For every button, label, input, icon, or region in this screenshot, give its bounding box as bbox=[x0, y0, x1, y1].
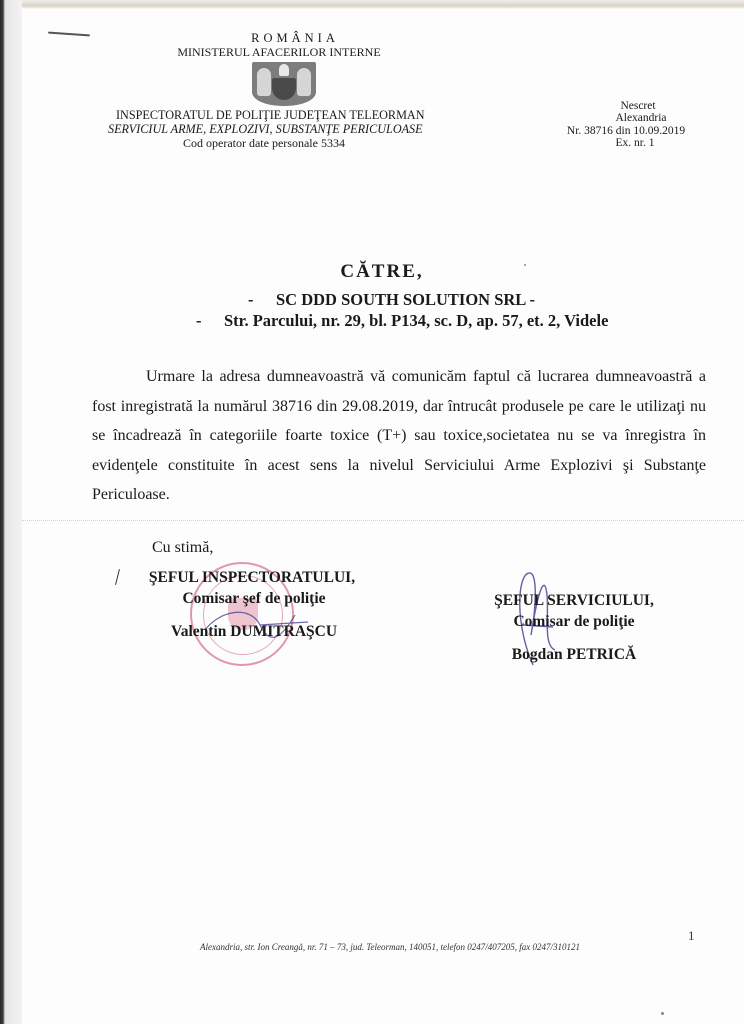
signatory-rank: Comisar de poliţie bbox=[474, 611, 674, 632]
classification-city: Alexandria bbox=[582, 112, 700, 124]
ministry-name: MINISTERUL AFACERILOR INTERNE bbox=[98, 45, 460, 59]
romanian-coat-of-arms-icon bbox=[252, 62, 316, 106]
classification-status: Nescret bbox=[576, 100, 700, 112]
letter-body: Urmare la adresa dumneavoastră vă comuni… bbox=[92, 362, 706, 510]
scan-left-edge bbox=[0, 0, 22, 1024]
scan-speck bbox=[661, 1012, 664, 1015]
closing-greeting: Cu stimă, bbox=[152, 539, 213, 557]
pen-mark bbox=[48, 32, 90, 37]
scan-top-edge bbox=[22, 0, 744, 9]
signatory-title: ŞEFUL INSPECTORATULUI, bbox=[124, 567, 380, 588]
signatory-title: ŞEFUL SERVICIULUI, bbox=[474, 590, 674, 611]
body-paragraph: Urmare la adresa dumneavoastră vă comuni… bbox=[92, 362, 706, 510]
country-name: ROMÂNIA bbox=[130, 31, 460, 45]
slash-mark bbox=[115, 569, 120, 585]
copy-number: Ex. nr. 1 bbox=[570, 137, 700, 149]
page-number: 1 bbox=[688, 928, 695, 944]
fold-line bbox=[22, 520, 744, 521]
recipient-company: -SC DDD SOUTH SOLUTION SRL - bbox=[248, 290, 535, 310]
recipient-address: -Str. Parcului, nr. 29, bl. P134, sc. D,… bbox=[196, 311, 608, 331]
classification-block: Nescret Alexandria Nr. 38716 din 10.09.2… bbox=[560, 100, 700, 149]
signatory-right: ŞEFUL SERVICIULUI, Comisar de poliţie Bo… bbox=[474, 590, 674, 665]
scan-speck bbox=[524, 264, 526, 266]
footer-contact: Alexandria, str. Ion Creangă, nr. 71 – 7… bbox=[160, 942, 620, 952]
signatory-name: Valentin DUMITRAŞCU bbox=[128, 621, 380, 642]
signatory-rank: Comisar şef de poliţie bbox=[128, 588, 380, 609]
reference-number: Nr. 38716 din 10.09.2019 bbox=[552, 125, 700, 137]
operator-code: Cod operator date personale 5334 bbox=[183, 136, 460, 150]
service-name: SERVICIUL ARME, EXPLOZIVI, SUBSTANŢE PER… bbox=[108, 122, 460, 136]
addressee-heading: CĂTRE, bbox=[0, 261, 744, 283]
signatory-left: ŞEFUL INSPECTORATULUI, Comisar şef de po… bbox=[120, 567, 380, 642]
signatory-name: Bogdan PETRICĂ bbox=[474, 644, 674, 665]
inspectorate-name: INSPECTORATUL DE POLIŢIE JUDEŢEAN TELEOR… bbox=[116, 108, 460, 122]
letterhead: ROMÂNIA MINISTERUL AFACERILOR INTERNE IN… bbox=[100, 31, 460, 150]
